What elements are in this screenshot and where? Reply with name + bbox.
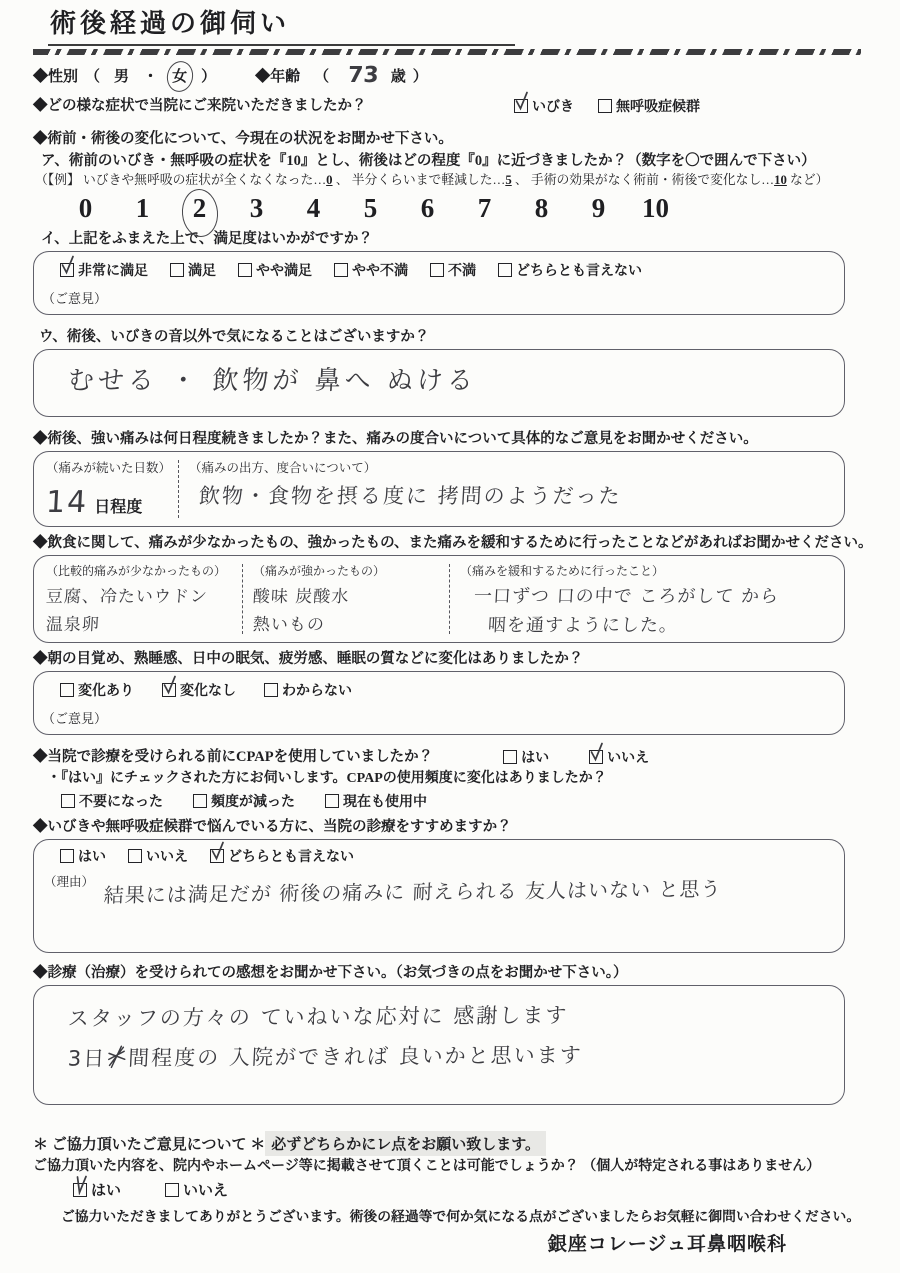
gender-male[interactable]: 男 bbox=[114, 65, 129, 86]
option-publish-yes[interactable]: はい bbox=[73, 1179, 121, 1200]
scale-7[interactable]: 7 bbox=[456, 191, 513, 227]
checkbox[interactable] bbox=[60, 849, 74, 863]
satisfaction-box: 非常に満足 満足 やや満足 やや不満 不満 どちらとも言えない （ご意見） bbox=[33, 251, 845, 315]
paren-close: ） bbox=[413, 65, 428, 86]
option-publish-no[interactable]: いいえ bbox=[165, 1179, 228, 1200]
recommend-options: はい いいえ どちらとも言えない bbox=[60, 846, 354, 866]
option-label: 変化なし bbox=[180, 680, 236, 700]
option-recommend-no[interactable]: いいえ bbox=[128, 846, 188, 866]
handwritten-circle-icon bbox=[164, 58, 196, 94]
option-recommend-yes[interactable]: はい bbox=[60, 846, 106, 866]
paren-open: （ bbox=[314, 65, 329, 86]
diet-column-less-pain: （比較的痛みが少なかったもの） 豆腐、冷たいウドン 温泉卵 bbox=[46, 562, 232, 636]
option-neither[interactable]: どちらとも言えない bbox=[498, 260, 642, 280]
example-text: 、 手術の効果がなく術前・術後で変化なし… bbox=[512, 173, 774, 187]
diet-column-label: （痛みを緩和するために行ったこと） bbox=[460, 562, 832, 579]
scale-9[interactable]: 9 bbox=[570, 191, 627, 227]
other-concerns-question: ウ、術後、いびきの音以外で気になることはございますか？ bbox=[39, 327, 845, 347]
paren-close: ） bbox=[201, 65, 216, 86]
handwritten-check-icon bbox=[514, 91, 529, 111]
cpap-followup-options: 不要になった 頻度が減った 現在も使用中 bbox=[61, 791, 427, 811]
cpap-followup-question: ・『はい』にチェックされた方にお伺いします。CPAPの使用頻度に変化はありました… bbox=[47, 769, 845, 789]
change-heading: ◆術前・術後の変化について、今現在の状況をお聞かせ下さい。 bbox=[33, 129, 845, 149]
pain-days-unit: 日程度 bbox=[94, 494, 142, 517]
scale-10[interactable]: 10 bbox=[627, 191, 684, 227]
option-label: 現在も使用中 bbox=[343, 791, 427, 811]
publish-options-row: はい いいえ bbox=[73, 1179, 845, 1201]
option-dissatisfied[interactable]: 不満 bbox=[430, 260, 476, 280]
checkbox[interactable] bbox=[165, 1183, 179, 1197]
option-satisfied[interactable]: 満足 bbox=[170, 260, 216, 280]
option-label: どちらとも言えない bbox=[516, 260, 642, 280]
option-label: はい bbox=[78, 846, 106, 866]
dashed-separator bbox=[178, 460, 179, 518]
clinic-name: 銀座コレージュ耳鼻咽喉科 bbox=[33, 1229, 845, 1256]
option-recommend-neither[interactable]: どちらとも言えない bbox=[210, 846, 354, 866]
satisfaction-options: 非常に満足 満足 やや満足 やや不満 不満 どちらとも言えない bbox=[60, 260, 642, 280]
cpap-options: はい いいえ bbox=[503, 747, 649, 767]
option-label: 不満 bbox=[448, 260, 476, 280]
symptom-question: ◆どの様な症状で当院にご来院いただきましたか？ bbox=[33, 96, 367, 116]
checkbox[interactable] bbox=[193, 794, 207, 808]
sleep-box: 変化あり 変化なし わからない （ご意見） bbox=[33, 671, 845, 735]
checkbox[interactable] bbox=[264, 683, 278, 697]
scale-8[interactable]: 8 bbox=[513, 191, 570, 227]
diet-column-label: （比較的痛みが少なかったもの） bbox=[46, 562, 232, 579]
option-somewhat-dissatisfied[interactable]: やや不満 bbox=[334, 260, 408, 280]
option-label: 非常に満足 bbox=[78, 260, 148, 280]
diet-column-label: （痛みが強かったもの） bbox=[253, 562, 439, 579]
option-change-yes[interactable]: 変化あり bbox=[60, 680, 134, 700]
checkbox[interactable] bbox=[60, 683, 74, 697]
dashed-separator bbox=[449, 564, 450, 634]
checkbox[interactable] bbox=[162, 683, 176, 697]
diet-question: ◆飲食に関して、痛みが少なかったもの、強かったもの、また痛みを緩和するために行っ… bbox=[33, 533, 845, 553]
option-label: いいえ bbox=[146, 846, 188, 866]
diet-answer-handwritten: 酸味 炭酸水 bbox=[252, 582, 439, 607]
age-value-handwritten[interactable]: 73 bbox=[347, 63, 379, 88]
diet-answer-handwritten: 温泉卵 bbox=[45, 610, 232, 635]
option-change-no[interactable]: 変化なし bbox=[162, 680, 236, 700]
checkbox[interactable] bbox=[325, 794, 339, 808]
option-label: はい bbox=[521, 747, 549, 767]
cpap-question: ◆当院で診療を受けられる前にCPAPを使用していましたか？ bbox=[33, 747, 433, 767]
other-concerns-answer-handwritten: むせる ・ 飲物が 鼻へ ぬける bbox=[67, 360, 478, 397]
cpap-followup-row: 不要になった 頻度が減った 現在も使用中 bbox=[61, 791, 845, 811]
scale-1[interactable]: 1 bbox=[114, 191, 171, 227]
other-concerns-box: むせる ・ 飲物が 鼻へ ぬける bbox=[33, 349, 845, 417]
diet-answer-handwritten: 豆腐、冷たいウドン bbox=[45, 582, 232, 607]
impressions-question: ◆診療（治療）を受けられての感想をお聞かせ下さい。（お気づきの点をお聞かせ下さい… bbox=[33, 963, 845, 983]
checkbox[interactable] bbox=[73, 1183, 87, 1197]
sleep-question: ◆朝の目覚め、熟睡感、日中の眠気、疲労感、睡眠の質などに変化はありましたか？ bbox=[33, 649, 845, 669]
option-very-satisfied[interactable]: 非常に満足 bbox=[60, 260, 148, 280]
checkbox[interactable] bbox=[589, 750, 603, 764]
pain-days-column: （痛みが続いた日数） 14 日程度 bbox=[46, 458, 168, 520]
publish-options: はい いいえ bbox=[73, 1179, 228, 1200]
recommend-reason-row: （理由） 結果には満足だが 術後の痛みに 耐えられる 友人はいない と思う bbox=[44, 872, 832, 905]
option-somewhat-satisfied[interactable]: やや満足 bbox=[238, 260, 312, 280]
pain-detail-handwritten: 飲物・食物を摂る度に 拷問のようだった bbox=[198, 480, 622, 510]
handwritten-check-icon bbox=[60, 255, 75, 275]
age-unit: 歳 bbox=[391, 65, 406, 86]
option-label: 変化あり bbox=[78, 680, 134, 700]
recommend-box: はい いいえ どちらとも言えない （理由） 結果には満足だが 術後の痛みに 耐え… bbox=[33, 839, 845, 953]
checkbox[interactable] bbox=[210, 849, 224, 863]
option-label: わからない bbox=[282, 680, 352, 700]
checkbox[interactable] bbox=[514, 99, 528, 113]
recommend-question: ◆いびきや無呼吸症候群で悩んでいる方に、当院の診療をすすめますか？ bbox=[33, 817, 845, 837]
pain-days-handwritten: 14 bbox=[45, 485, 89, 520]
example-text: （【例】 いびきや無呼吸の症状が全くなくなった… bbox=[35, 173, 326, 187]
checkbox[interactable] bbox=[60, 263, 74, 277]
gender-separator: ・ bbox=[143, 65, 158, 86]
footer-note-prefix: ＊ ご協力頂いたご意見について ＊ bbox=[33, 1133, 265, 1154]
scanned-questionnaire-page: { "page": { "title": "術後経過の御伺い", "clinic… bbox=[0, 0, 900, 1273]
publish-question: ご協力頂いた内容を、院内やホームページ等に掲載させて頂くことは可能でしょうか？ … bbox=[33, 1157, 845, 1177]
impressions-box: スタッフの方々の ていねいな応対に 感謝します 3日間程度の 入院ができれば 良… bbox=[33, 985, 845, 1105]
option-label: はい bbox=[91, 1179, 121, 1200]
checkbox[interactable] bbox=[498, 263, 512, 277]
option-label: やや満足 bbox=[256, 260, 312, 280]
pain-question: ◆術後、強い痛みは何日程度続きましたか？また、痛みの度合いについて具体的なご意見… bbox=[33, 429, 845, 449]
option-ibiki[interactable]: いびき bbox=[514, 96, 574, 116]
dash-dot-divider bbox=[33, 49, 861, 55]
sleep-options: 変化あり 変化なし わからない bbox=[60, 680, 352, 700]
cpap-row: ◆当院で診療を受けられる前にCPAPを使用していましたか？ はい いいえ bbox=[33, 747, 845, 767]
pain-detail-column: （痛みの出方、度合いについて） 飲物・食物を摂る度に 拷問のようだった bbox=[189, 458, 832, 520]
reason-label: （理由） bbox=[44, 872, 94, 890]
rating-scale: 0 1 2 3 4 5 6 7 8 9 10 bbox=[57, 191, 845, 227]
diet-column-relief: （痛みを緩和するために行ったこと） 一口ずつ 口の中で ころがして から 咽を通… bbox=[460, 562, 832, 636]
option-label: 頻度が減った bbox=[211, 791, 295, 811]
checkbox[interactable] bbox=[128, 849, 142, 863]
gender-label: ◆性別 bbox=[33, 65, 78, 86]
paren-open: （ bbox=[85, 65, 100, 86]
comment-label: （ご意見） bbox=[42, 708, 834, 727]
checkbox[interactable] bbox=[503, 750, 517, 764]
scale-3[interactable]: 3 bbox=[228, 191, 285, 227]
diet-answer-handwritten: 一口ずつ 口の中で ころがして から bbox=[473, 582, 832, 608]
checkbox[interactable] bbox=[334, 263, 348, 277]
scribbled-out-character-icon bbox=[107, 1045, 128, 1069]
scale-6[interactable]: 6 bbox=[399, 191, 456, 227]
checkbox[interactable] bbox=[61, 794, 75, 808]
diet-column-more-pain: （痛みが強かったもの） 酸味 炭酸水 熱いもの bbox=[253, 562, 439, 636]
comment-label: （ご意見） bbox=[42, 288, 834, 307]
option-label: 不要になった bbox=[79, 791, 163, 811]
pain-days-value-row: 14 日程度 bbox=[46, 485, 168, 520]
pain-days-label: （痛みが続いた日数） bbox=[46, 458, 168, 476]
handwritten-check-icon bbox=[589, 742, 604, 762]
impressions-line1-handwritten: スタッフの方々の ていねいな応対に 感謝します bbox=[67, 997, 835, 1032]
handwritten-check-icon bbox=[162, 675, 177, 695]
scale-5[interactable]: 5 bbox=[342, 191, 399, 227]
symptom-options: いびき 無呼吸症候群 bbox=[514, 96, 700, 116]
footer-note: ＊ ご協力頂いたご意見について ＊ 必ずどちらかにレ点をお願い致します。 bbox=[33, 1131, 845, 1155]
symptom-row: ◆どの様な症状で当院にご来院いただきましたか？ いびき 無呼吸症候群 bbox=[33, 95, 845, 117]
dashed-separator bbox=[242, 564, 243, 634]
diet-answer-handwritten: 咽を通すようにした。 bbox=[487, 611, 832, 637]
footer-note-highlighted: 必ずどちらかにレ点をお願い致します。 bbox=[265, 1131, 546, 1156]
impressions-line2-handwritten: 3日間程度の 入院ができれば 良いかと思います bbox=[67, 1037, 835, 1072]
checkbox[interactable] bbox=[430, 263, 444, 277]
option-cpap-no[interactable]: いいえ bbox=[589, 747, 649, 767]
impressions-line2-end: 間程度の 入院ができれば 良いかと思います bbox=[128, 1043, 584, 1070]
option-label: やや不満 bbox=[352, 260, 408, 280]
option-still-using[interactable]: 現在も使用中 bbox=[325, 791, 427, 811]
page-title: 術後経過の御伺い bbox=[48, 8, 515, 46]
option-label: 無呼吸症候群 bbox=[616, 96, 700, 116]
profile-row: ◆性別 （ 男 ・ 女 ） ◆年齢 （ 73 歳 ） bbox=[33, 63, 845, 87]
handwritten-check-icon bbox=[73, 1175, 88, 1195]
diet-box: （比較的痛みが少なかったもの） 豆腐、冷たいウドン 温泉卵 （痛みが強かったもの… bbox=[33, 555, 845, 643]
pain-detail-label: （痛みの出方、度合いについて） bbox=[189, 458, 832, 476]
pain-box: （痛みが続いた日数） 14 日程度 （痛みの出方、度合いについて） 飲物・食物を… bbox=[33, 451, 845, 527]
handwritten-check-icon bbox=[210, 841, 225, 861]
header: 術後経過の御伺い bbox=[48, 8, 845, 46]
scale-2-circled[interactable]: 2 bbox=[171, 191, 228, 227]
example-text: 、 半分くらいまで軽減した… bbox=[333, 173, 506, 187]
scale-example: （【例】 いびきや無呼吸の症状が全くなくなった…0 、 半分くらいまで軽減した…… bbox=[35, 171, 845, 189]
thanks-text: ご協力いただきましてありがとうございます。術後の経過等で何か気になる点がございま… bbox=[61, 1205, 845, 1225]
option-frequency-reduced[interactable]: 頻度が減った bbox=[193, 791, 295, 811]
option-no-longer-needed[interactable]: 不要になった bbox=[61, 791, 163, 811]
option-label: 満足 bbox=[188, 260, 216, 280]
option-cpap-yes[interactable]: はい bbox=[503, 747, 549, 767]
scale-0[interactable]: 0 bbox=[57, 191, 114, 227]
option-label: いびき bbox=[532, 96, 574, 116]
option-unknown[interactable]: わからない bbox=[264, 680, 352, 700]
age-label: ◆年齢 bbox=[255, 65, 300, 86]
impressions-line2-start: 3日 bbox=[67, 1046, 106, 1070]
reason-handwritten: 結果には満足だが 術後の痛みに 耐えられる 友人はいない と思う bbox=[103, 873, 722, 908]
option-label: どちらとも言えない bbox=[228, 846, 354, 866]
example-text: など） bbox=[787, 173, 829, 187]
scale-question: ア、術前のいびき・無呼吸の症状を『10』とし、術後はどの程度『0』に近づきました… bbox=[41, 151, 845, 171]
diet-answer-handwritten: 熱いもの bbox=[252, 610, 439, 635]
option-label: いいえ bbox=[607, 747, 649, 767]
satisfaction-question: イ、上記をふまえた上で、満足度はいかがですか？ bbox=[41, 229, 845, 249]
gender-female-circled[interactable]: 女 bbox=[172, 65, 187, 86]
option-mukokyu[interactable]: 無呼吸症候群 bbox=[598, 96, 700, 116]
checkbox[interactable] bbox=[598, 99, 612, 113]
scale-4[interactable]: 4 bbox=[285, 191, 342, 227]
example-num-10: 10 bbox=[774, 173, 787, 187]
checkbox[interactable] bbox=[238, 263, 252, 277]
option-label: いいえ bbox=[183, 1179, 228, 1200]
checkbox[interactable] bbox=[170, 263, 184, 277]
